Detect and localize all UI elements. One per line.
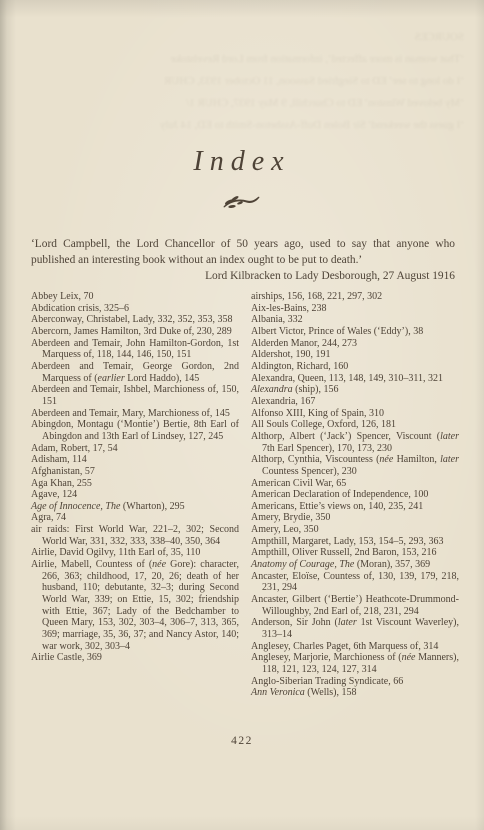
index-entry: Anglesey, Marjorie, Marchioness of (née …: [251, 652, 459, 675]
index-entry: Anglo-Siberian Trading Syndicate, 66: [251, 676, 459, 688]
index-entry: Adam, Robert, 17, 54: [31, 443, 239, 455]
epigraph-attribution: Lord Kilbracken to Lady Desborough, 27 A…: [31, 269, 455, 285]
reverse-page-bleedthrough: SOURCES‘That woman is more affected’, in…: [34, 26, 464, 136]
index-entry: All Souls College, Oxford, 126, 181: [251, 419, 459, 431]
index-entry: American Declaration of Independence, 10…: [251, 489, 459, 501]
index-entry: Althorp, Cynthia, Viscountess (née Hamil…: [251, 454, 459, 477]
index-entry: Anderson, Sir John (later 1st Viscount W…: [251, 617, 459, 640]
index-entry: Alexandra (ship), 156: [251, 384, 459, 396]
index-entry: Afghanistan, 57: [31, 466, 239, 478]
index-entry: Age of Innocence, The (Wharton), 295: [31, 501, 239, 513]
index-entry: Aberdeen and Temair, Ishbel, Marchioness…: [31, 384, 239, 407]
index-entry: Airlie, David Ogilvy, 11th Earl of, 35, …: [31, 547, 239, 559]
index-entry: Anglesey, Charles Paget, 6th Marquess of…: [251, 641, 459, 653]
index-entry: Airlie Castle, 369: [31, 652, 239, 664]
leaf-fleuron-icon: [0, 193, 484, 218]
index-entry: Albania, 332: [251, 314, 459, 326]
index-entry: Alexandria, 167: [251, 396, 459, 408]
index-entry: Albert Victor, Prince of Wales (‘Eddy’),…: [251, 326, 459, 338]
index-entry: Ancaster, Eloïse, Countess of, 130, 139,…: [251, 571, 459, 594]
page-title: Index: [0, 146, 484, 178]
bleedthrough-line: ‘I do long to see’ ED to Siegfried Sasso…: [34, 70, 464, 92]
index-entry: Anatomy of Courage, The (Moran), 357, 36…: [251, 559, 459, 571]
index-entry: American Civil War, 65: [251, 478, 459, 490]
index-entry: Abercorn, James Hamilton, 3rd Duke of, 2…: [31, 326, 239, 338]
index-entry: Abingdon, Montagu (‘Montie’) Bertie, 8th…: [31, 419, 239, 442]
index-entry: Agave, 124: [31, 489, 239, 501]
index-entry: Amery, Brydie, 350: [251, 512, 459, 524]
index-entry: Aberdeen and Temair, John Hamilton-Gordo…: [31, 338, 239, 361]
index-entry: Abdication crisis, 325–6: [31, 303, 239, 315]
index-entry: Ancaster, Gilbert (‘Bertie’) Heathcote-D…: [251, 594, 459, 617]
index-entry: Ampthill, Oliver Russell, 2nd Baron, 153…: [251, 547, 459, 559]
bleedthrough-line: ‘I guess the weekend’ Sir Bolen Duff-Ass…: [34, 114, 464, 136]
index-entry: Alderden Manor, 244, 273: [251, 338, 459, 350]
book-page-scan: SOURCES‘That woman is more affected’, in…: [0, 0, 484, 830]
index-entry: Amery, Leo, 350: [251, 524, 459, 536]
index-entry: air raids: First World War, 221–2, 302; …: [31, 524, 239, 547]
index-entry: Aberdeen and Temair, Mary, Marchioness o…: [31, 408, 239, 420]
index-entry: Aldershot, 190, 191: [251, 349, 459, 361]
page-number: 422: [0, 735, 484, 747]
bleedthrough-line: SOURCES: [34, 26, 464, 48]
index-entry: Alfonso XIII, King of Spain, 310: [251, 408, 459, 420]
index-entry: Aga Khan, 255: [31, 478, 239, 490]
index-entry: Airlie, Mabell, Countess of (née Gore): …: [31, 559, 239, 652]
index-entry: Ampthill, Margaret, Lady, 153, 154–5, 29…: [251, 536, 459, 548]
index-entry: Agra, 74: [31, 512, 239, 524]
index-left-column: Abbey Leix, 70Abdication crisis, 325–6Ab…: [31, 291, 239, 699]
index-entry: Abbey Leix, 70: [31, 291, 239, 303]
index-entry: Alexandra, Queen, 113, 148, 149, 310–311…: [251, 373, 459, 385]
index-entry: Ann Veronica (Wells), 158: [251, 687, 459, 699]
index-entry: Americans, Ettie’s views on, 140, 235, 2…: [251, 501, 459, 513]
index-entry: Aldington, Richard, 160: [251, 361, 459, 373]
index-entry: Adisham, 114: [31, 454, 239, 466]
epigraph-quote: ‘Lord Campbell, the Lord Chancellor of 5…: [31, 237, 455, 268]
index-entry: Althorp, Albert (‘Jack’) Spencer, Viscou…: [251, 431, 459, 454]
index-columns: Abbey Leix, 70Abdication crisis, 325–6Ab…: [31, 291, 459, 699]
index-entry: airships, 156, 168, 221, 297, 302: [251, 291, 459, 303]
epigraph: ‘Lord Campbell, the Lord Chancellor of 5…: [31, 237, 455, 285]
index-right-column: airships, 156, 168, 221, 297, 302Aix-les…: [251, 291, 459, 699]
index-entry: Aix-les-Bains, 238: [251, 303, 459, 315]
index-entry: Aberdeen and Temair, George Gordon, 2nd …: [31, 361, 239, 384]
bleedthrough-line: ‘My beloved Winston’ ED to Churchill, 9 …: [34, 92, 464, 114]
bleedthrough-line: ‘That woman is more affected’, informati…: [34, 48, 464, 70]
index-entry: Aberconway, Christabel, Lady, 332, 352, …: [31, 314, 239, 326]
